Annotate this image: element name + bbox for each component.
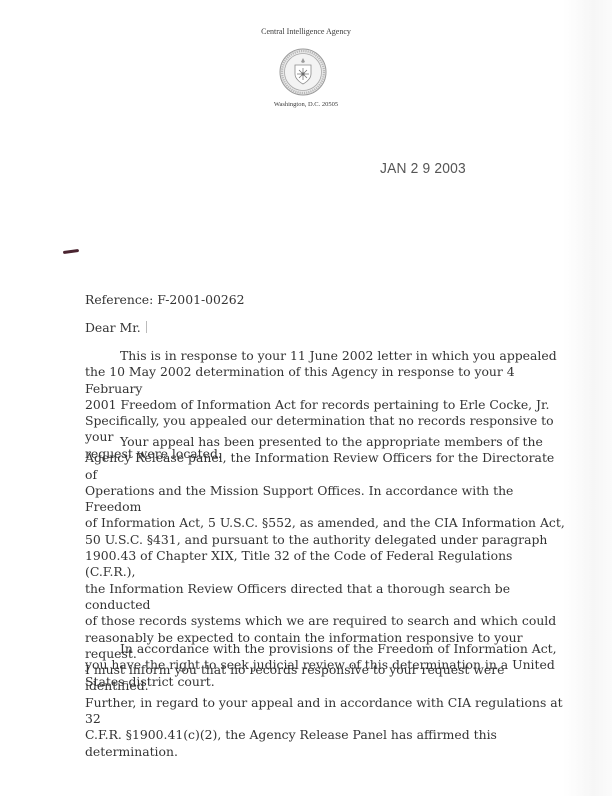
letterhead-agency-name: Central Intelligence Agency: [0, 27, 612, 36]
salutation-text: Dear Mr.: [85, 320, 141, 335]
letterhead-address: Washington, D.C. 20505: [0, 101, 612, 108]
date-stamp: JAN 2 9 2003: [380, 160, 466, 177]
reference-number: Reference: F-2001-00262: [85, 292, 245, 307]
salutation: Dear Mr.: [85, 320, 147, 335]
pen-mark: [63, 249, 79, 254]
redacted-name: [146, 321, 147, 333]
body-paragraph-2: Your appeal has been presented to the ap…: [85, 434, 565, 760]
cia-seal-icon: [279, 48, 327, 96]
paragraph-text: In accordance with the provisions of the…: [85, 641, 557, 689]
paragraph-text: Your appeal has been presented to the ap…: [85, 434, 565, 759]
body-paragraph-3: In accordance with the provisions of the…: [85, 641, 565, 690]
letter-page: Central Intelligence Agency Washington, …: [0, 0, 612, 796]
